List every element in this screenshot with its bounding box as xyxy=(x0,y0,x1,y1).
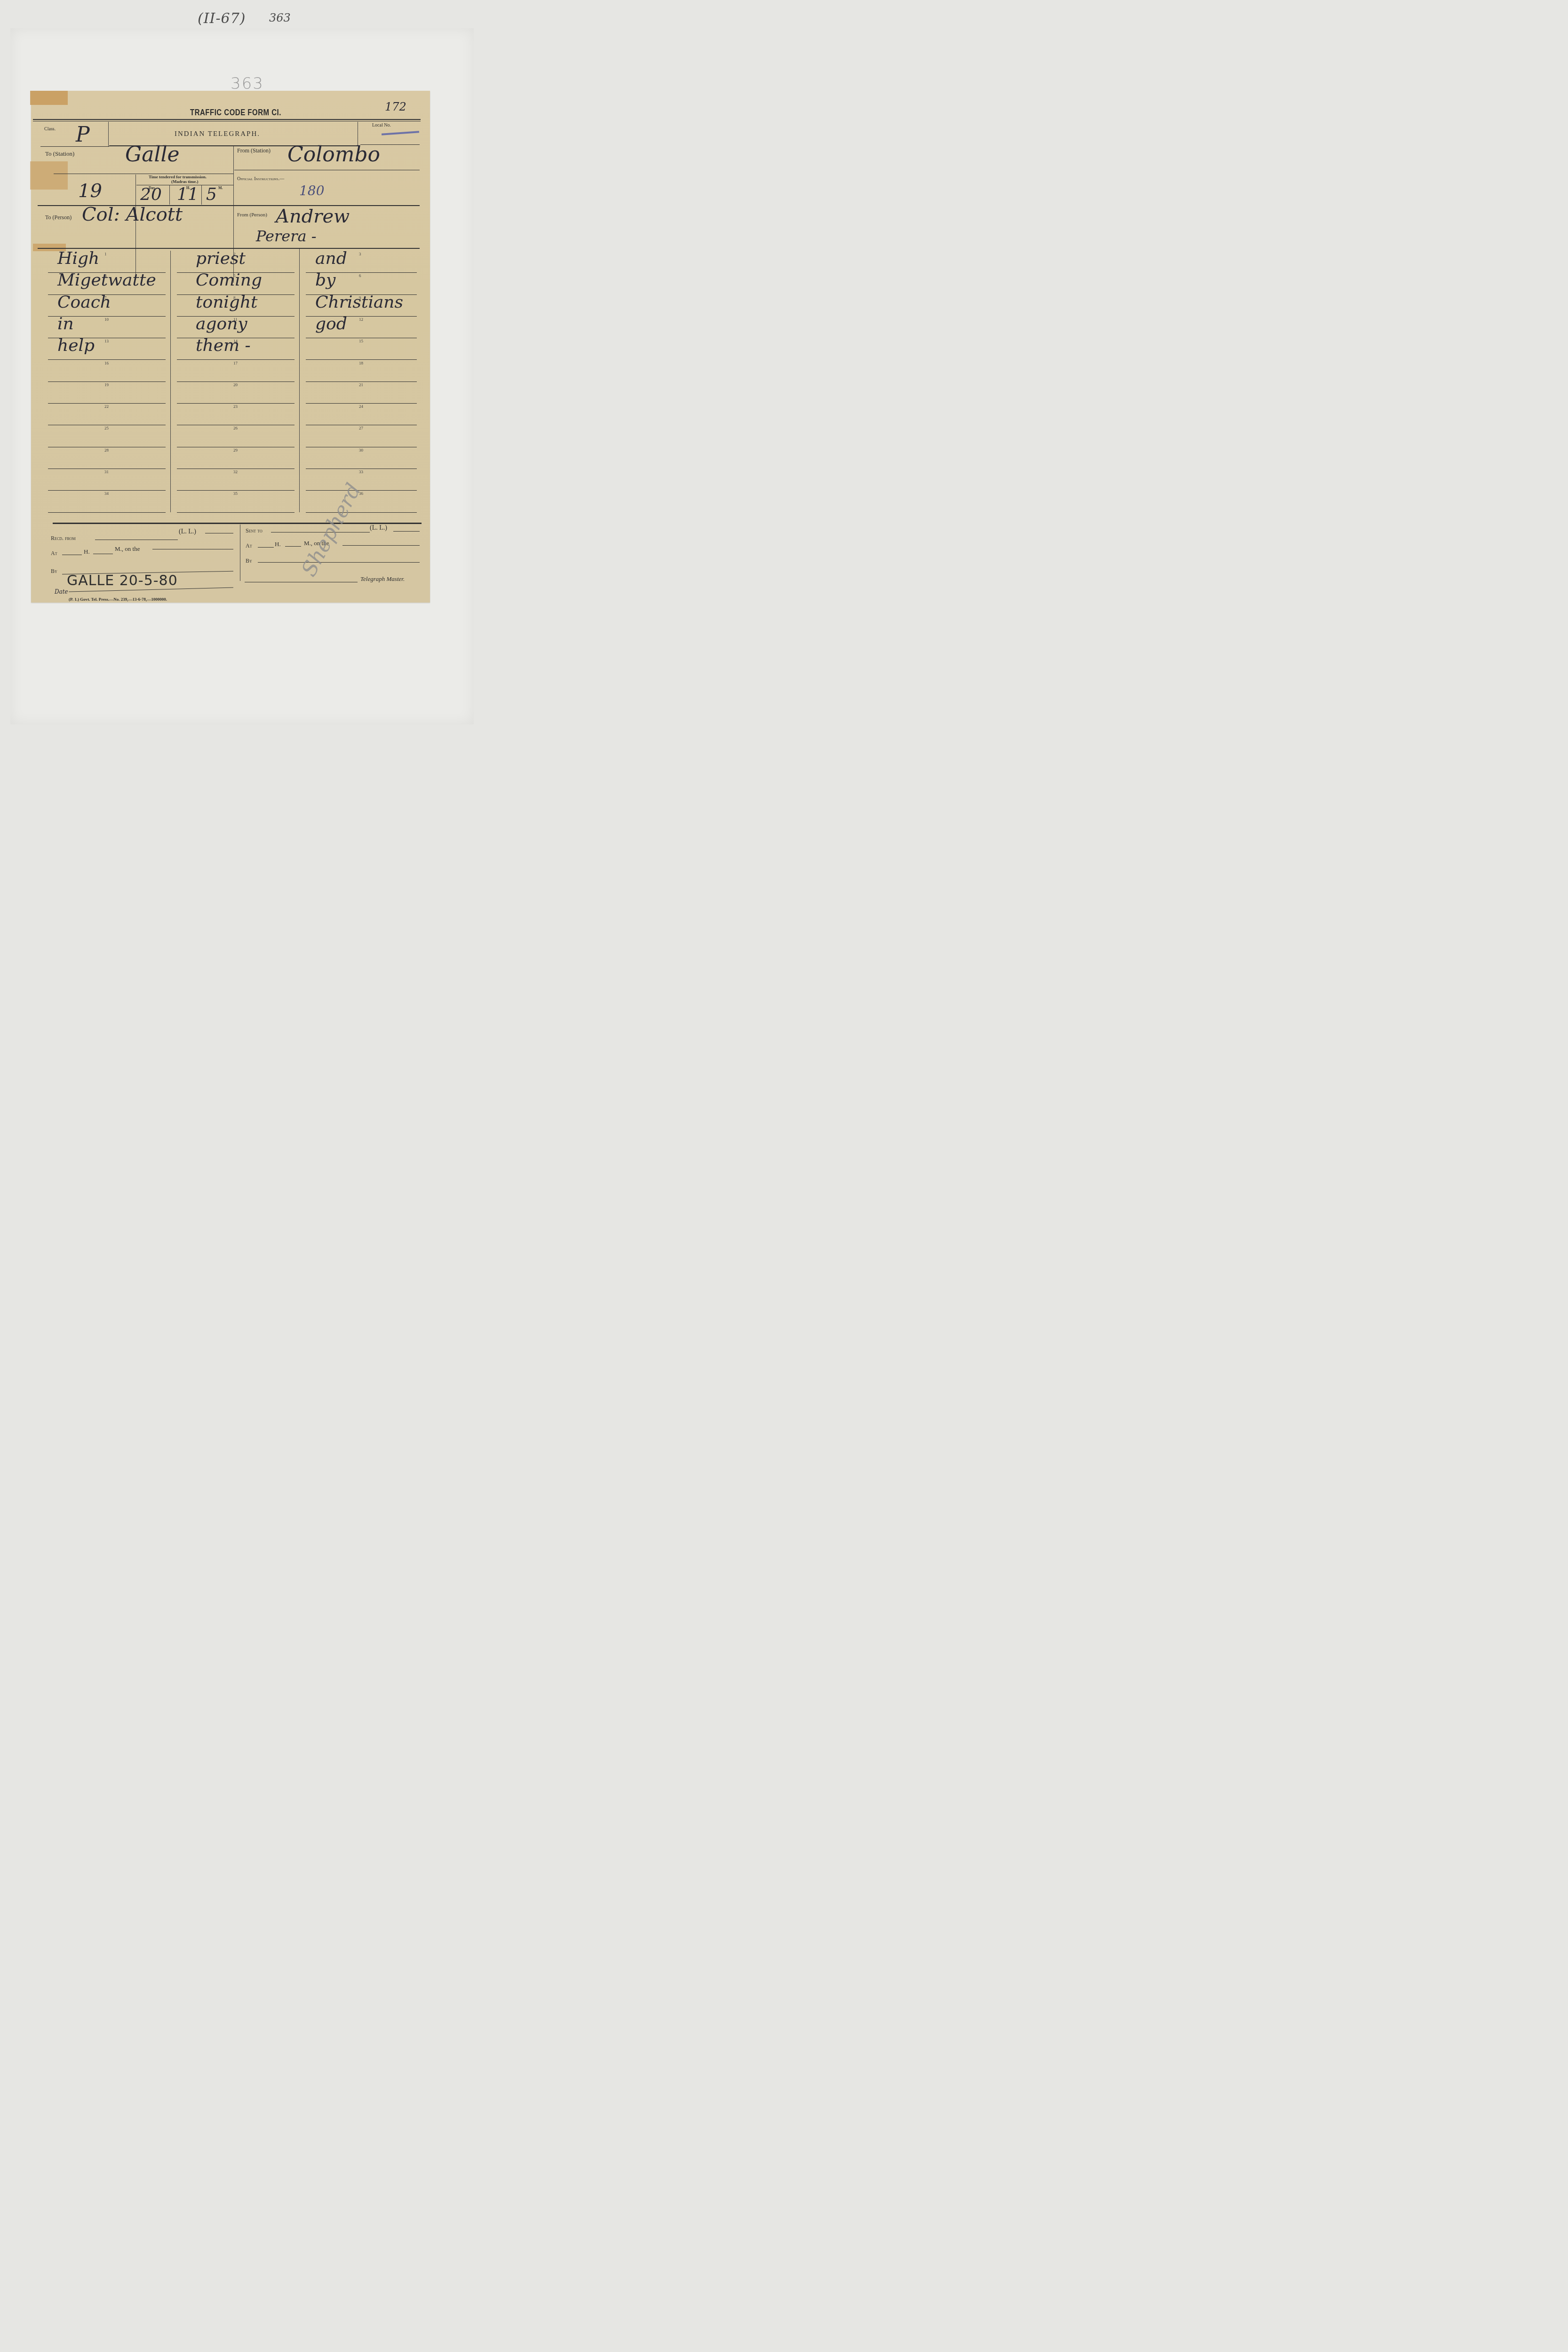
to-person-value: Col: Alcott xyxy=(82,204,183,225)
message-cell[interactable]: 34 xyxy=(48,491,170,513)
sent-ll-field[interactable] xyxy=(393,531,420,532)
sent-by-field[interactable] xyxy=(258,562,420,563)
recd-from-label: Recd. from xyxy=(51,535,76,542)
cell-baseline xyxy=(306,338,417,338)
class-value: P xyxy=(76,123,90,147)
divider xyxy=(108,122,109,146)
from-person-label: From (Person) xyxy=(237,212,267,218)
cell-number: 16 xyxy=(104,361,109,366)
archive-reference: (II-67) xyxy=(198,10,246,27)
official-instructions-label: Official Instructions.— xyxy=(237,176,284,182)
cell-number: 35 xyxy=(233,491,238,496)
recd-h-label: H. xyxy=(84,548,90,556)
to-station-value: Galle xyxy=(125,143,180,167)
telegraph-master-field[interactable] xyxy=(245,582,358,582)
cell-number: 23 xyxy=(233,404,238,409)
message-word: and xyxy=(315,249,347,268)
cell-baseline xyxy=(48,447,166,447)
cell-number: 33 xyxy=(359,469,363,474)
message-cell[interactable]: 17 xyxy=(177,361,299,382)
archive-page-number: 363 xyxy=(269,11,291,24)
divider xyxy=(233,207,234,249)
cell-baseline xyxy=(48,359,166,360)
message-cell[interactable]: 25 xyxy=(48,426,170,447)
message-cell[interactable]: 18 xyxy=(306,361,422,382)
cell-baseline xyxy=(306,469,417,469)
message-cell[interactable]: 31 xyxy=(48,469,170,491)
recd-ll-label: (L. L.) xyxy=(179,528,196,536)
divider xyxy=(54,174,233,174)
day-value: 20 xyxy=(140,185,162,204)
local-no-strikethrough xyxy=(382,131,419,135)
form-code: TRAFFIC CODE FORM CI. xyxy=(190,108,281,117)
divider xyxy=(169,185,170,205)
divider xyxy=(33,119,421,120)
recd-at-label: At xyxy=(51,550,57,557)
pencil-page-number: 363 xyxy=(231,74,264,93)
cell-baseline xyxy=(177,403,294,404)
to-station-label: To (Station) xyxy=(45,150,74,158)
column-divider xyxy=(170,251,171,512)
message-word: Christians xyxy=(315,293,403,312)
official-instructions-value: 180 xyxy=(299,183,324,199)
cell-baseline xyxy=(48,403,166,404)
sent-to-label: Sent to xyxy=(246,527,263,534)
message-word: god xyxy=(315,314,347,334)
message-cell[interactable]: 20 xyxy=(177,382,299,404)
cell-number: 26 xyxy=(233,426,238,430)
to-person-label: To (Person) xyxy=(45,214,72,221)
sent-minute-field[interactable] xyxy=(285,546,301,547)
recd-ll-field[interactable] xyxy=(205,533,233,533)
message-cell[interactable]: 27 xyxy=(306,426,422,447)
from-person-value-line2: Perera - xyxy=(256,227,317,245)
cell-number: 20 xyxy=(233,382,238,387)
sent-by-label: By xyxy=(246,557,252,564)
cell-number: 24 xyxy=(359,404,363,409)
divider xyxy=(234,170,420,170)
cell-number: 32 xyxy=(233,469,238,474)
cell-baseline xyxy=(48,425,166,425)
message-cell[interactable]: 24 xyxy=(306,404,422,426)
cell-number: 6 xyxy=(359,273,361,278)
cell-baseline xyxy=(177,512,294,513)
message-cell[interactable]: 29 xyxy=(177,448,299,469)
cell-number: 34 xyxy=(104,491,109,496)
from-station-value: Colombo xyxy=(287,143,380,167)
cell-number: 22 xyxy=(104,404,109,409)
message-cell[interactable]: 28 xyxy=(48,448,170,469)
cell-number: 1 xyxy=(104,252,107,256)
cell-baseline xyxy=(306,403,417,404)
recd-by-label: By xyxy=(51,568,57,575)
cell-baseline xyxy=(177,490,294,491)
message-word: Migetwatte xyxy=(57,270,156,290)
recd-date-field[interactable] xyxy=(152,549,233,549)
minute-label: M. xyxy=(218,186,223,190)
minute-value: 5 xyxy=(206,185,217,204)
message-cell[interactable]: 13help xyxy=(48,339,170,360)
recd-from-field[interactable] xyxy=(95,540,178,540)
message-cell[interactable]: 32 xyxy=(177,469,299,491)
divider xyxy=(40,146,109,147)
cell-baseline xyxy=(48,490,166,491)
cell-number: 31 xyxy=(104,469,109,474)
column-divider xyxy=(299,249,300,512)
form-title: INDIAN TELEGRAPH. xyxy=(175,130,260,138)
cell-number: 10 xyxy=(104,317,109,322)
message-word: priest xyxy=(196,249,246,268)
cell-baseline xyxy=(306,512,417,513)
message-cell[interactable]: 30 xyxy=(306,448,422,469)
cell-baseline xyxy=(306,425,417,425)
recd-m-on-the-label: M., on the xyxy=(115,545,140,553)
cell-baseline xyxy=(48,512,166,513)
press-line: (P. 1.) Govt. Tel. Press.—No. 239,—13-6-… xyxy=(69,597,167,602)
cell-baseline xyxy=(306,359,417,360)
cell-baseline xyxy=(177,447,294,447)
divider xyxy=(201,185,202,205)
cell-number: 12 xyxy=(359,317,363,322)
cell-baseline xyxy=(306,447,417,447)
sent-h-label: H. xyxy=(275,540,281,548)
message-word: High xyxy=(57,249,99,268)
cell-number: 15 xyxy=(359,339,363,343)
recd-hour-field[interactable] xyxy=(62,555,82,555)
message-cell[interactable]: 16 xyxy=(48,361,170,382)
sent-ll-label: (L. L.) xyxy=(370,524,387,532)
time-tendered-sub: (Madras time.) xyxy=(171,179,198,184)
divider xyxy=(33,121,421,121)
message-cell[interactable]: 12god xyxy=(306,317,422,339)
date-stamp: GALLE 20-5-80 xyxy=(67,572,178,589)
telegraph-form: TRAFFIC CODE FORM CI. 172 Class. P INDIA… xyxy=(31,91,430,603)
sent-hour-field[interactable] xyxy=(258,547,274,548)
word-count: 19 xyxy=(78,180,102,202)
cell-number: 3 xyxy=(359,252,361,256)
divider xyxy=(53,523,422,524)
cell-number: 29 xyxy=(233,448,238,453)
class-label: Class. xyxy=(44,127,56,132)
telegraph-master-label: Telegraph Master. xyxy=(360,575,405,583)
hour-value: 11 xyxy=(177,185,199,204)
sent-at-label: At xyxy=(246,542,252,549)
message-word: Coming xyxy=(196,270,262,290)
message-word: Coach xyxy=(57,293,111,312)
message-cell[interactable]: 33 xyxy=(306,469,422,491)
cell-baseline xyxy=(48,381,166,382)
date-label: Date xyxy=(55,588,68,595)
message-cell[interactable]: 19 xyxy=(48,382,170,404)
time-tendered-label: Time tendered for transmission. xyxy=(149,175,207,179)
message-word: by xyxy=(315,270,335,290)
message-word: them - xyxy=(196,336,251,355)
message-word: tonight xyxy=(196,293,258,312)
cell-baseline xyxy=(177,381,294,382)
cell-number: 21 xyxy=(359,382,363,387)
message-word: help xyxy=(57,336,95,355)
recd-minute-field[interactable] xyxy=(93,554,113,554)
cell-number: 13 xyxy=(104,339,109,343)
message-cell[interactable]: 15 xyxy=(306,339,422,360)
tape-remnant xyxy=(30,91,68,105)
cell-number: 25 xyxy=(104,426,109,430)
corner-number: 172 xyxy=(385,100,406,113)
message-cell[interactable]: 35 xyxy=(177,491,299,513)
sent-date-field[interactable] xyxy=(342,545,420,546)
cell-number: 28 xyxy=(104,448,109,453)
from-station-label: From (Station) xyxy=(237,147,271,154)
message-word: in xyxy=(57,314,74,334)
cell-baseline xyxy=(306,381,417,382)
message-cell[interactable]: 21 xyxy=(306,382,422,404)
message-cell[interactable]: 26 xyxy=(177,426,299,447)
from-person-value-line1: Andrew xyxy=(276,206,350,227)
message-cell[interactable]: 14them - xyxy=(177,339,299,360)
cell-number: 30 xyxy=(359,448,363,453)
local-no-label: Local No. xyxy=(372,123,391,128)
cell-number: 27 xyxy=(359,426,363,430)
tape-remnant xyxy=(30,161,68,190)
cell-baseline xyxy=(177,469,294,469)
message-cell[interactable]: 22 xyxy=(48,404,170,426)
message-word: agony xyxy=(196,314,247,334)
cell-baseline xyxy=(177,425,294,425)
cell-baseline xyxy=(48,469,166,469)
cell-number: 19 xyxy=(104,382,109,387)
message-cell[interactable]: 23 xyxy=(177,404,299,426)
cell-baseline xyxy=(177,359,294,360)
cell-number: 17 xyxy=(233,361,238,366)
cell-number: 18 xyxy=(359,361,363,366)
divider xyxy=(240,524,240,581)
